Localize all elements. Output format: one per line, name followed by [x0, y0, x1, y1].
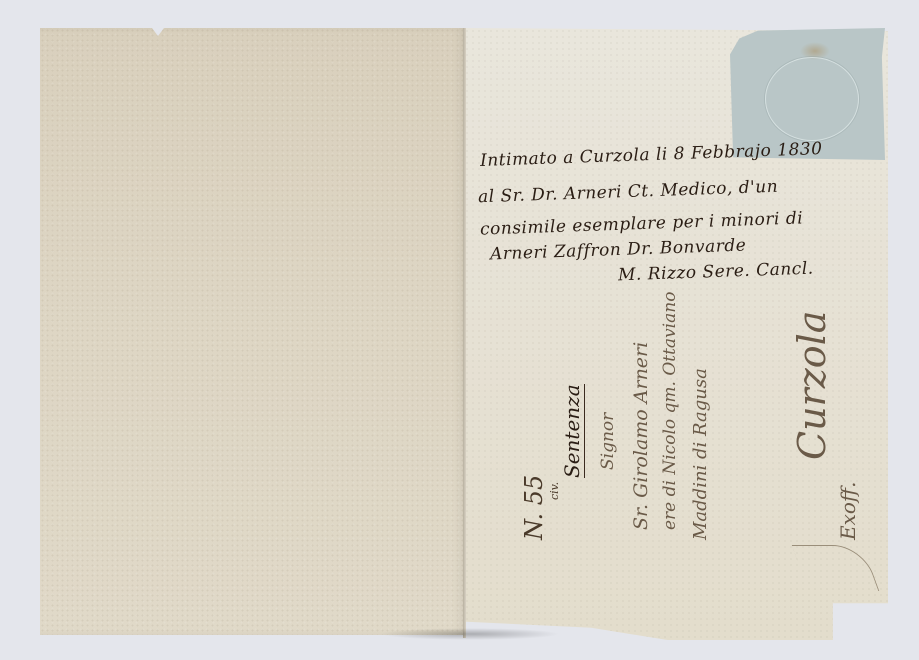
exofficio-note: Exoff.	[836, 482, 860, 540]
docket-title: Sentenza	[560, 384, 585, 478]
docket-sub: civ.	[548, 482, 561, 500]
docket-number: N. 55	[520, 475, 548, 540]
address-line-2: Sr. Girolamo Arneri	[630, 342, 652, 530]
center-fold	[463, 28, 466, 638]
destination: Curzola	[790, 311, 834, 460]
blank-left-panel	[40, 28, 465, 635]
fold-shadow	[380, 628, 560, 640]
address-line-4: Maddini di Ragusa	[690, 368, 711, 540]
document-photo: Intimato a Curzola li 8 Febbrajo 1830 al…	[0, 0, 919, 660]
address-line-1: Signor	[598, 413, 618, 470]
embossed-seal-icon	[765, 57, 859, 141]
address-line-3: ere di Nicolo qm. Ottaviano	[660, 292, 680, 530]
